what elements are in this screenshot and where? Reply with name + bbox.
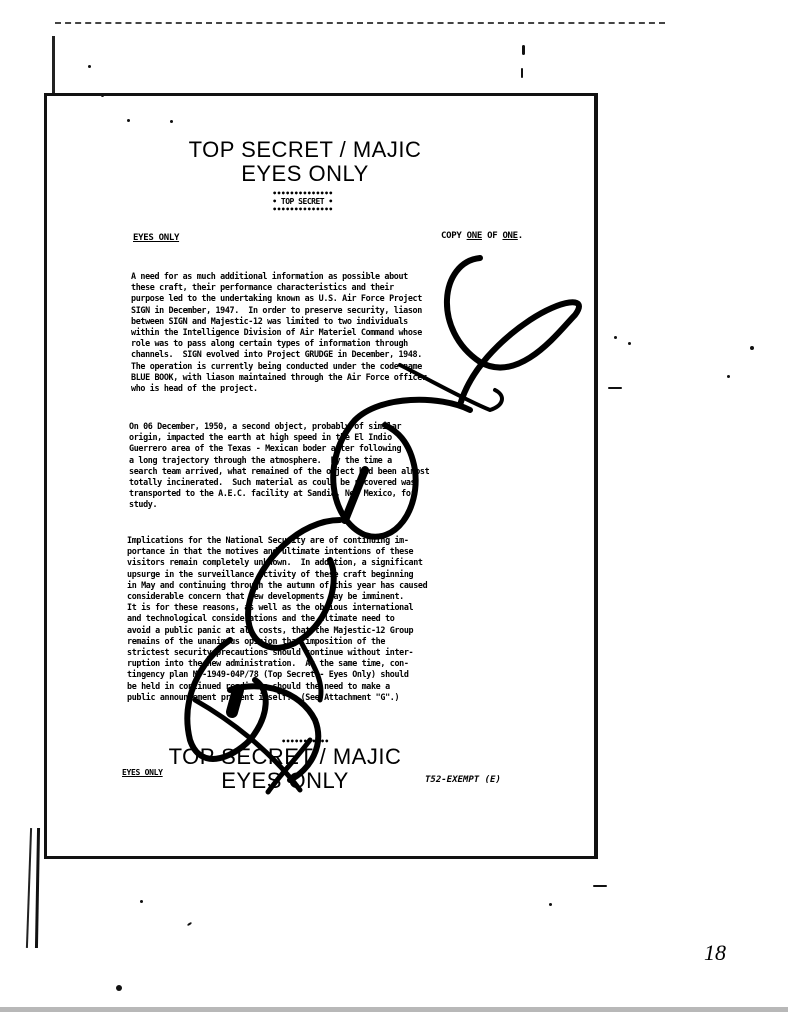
scan-speck: [549, 903, 552, 906]
scan-speck: [101, 94, 104, 97]
scan-speck: [628, 342, 631, 345]
scan-speck: [88, 65, 91, 68]
scan-speck: [127, 119, 130, 122]
handwritten-overlay-scribble: [0, 0, 788, 1012]
scan-speck: [614, 336, 617, 339]
scan-speck: [727, 375, 730, 378]
scan-speck: [608, 387, 622, 389]
scan-speck: [170, 120, 173, 123]
scan-speck: [750, 346, 754, 350]
page-number: 18: [704, 940, 726, 966]
scan-bottom-edge: [0, 1007, 788, 1012]
scan-speck: [116, 985, 122, 991]
scan-speck: [140, 900, 143, 903]
scan-speck: [522, 45, 525, 55]
scan-speck: [593, 885, 607, 887]
scan-speck: [521, 68, 523, 78]
